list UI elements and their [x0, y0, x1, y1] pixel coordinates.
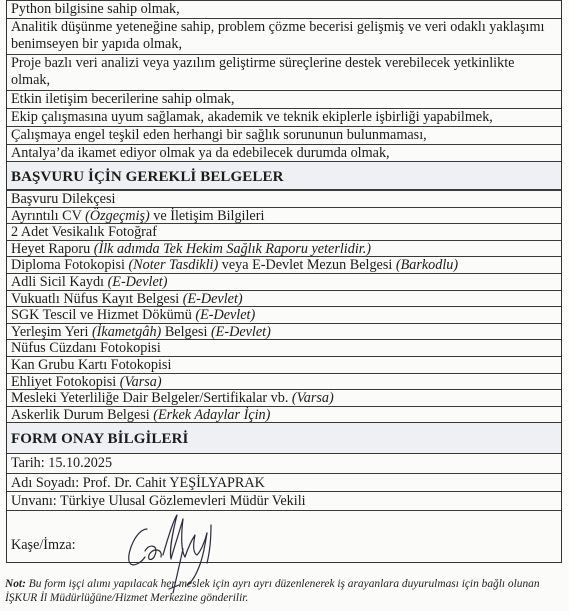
footer-note-label: Not: [5, 578, 26, 590]
approver-name: Adı Soyadı: Prof. Dr. Cahit YEŞİLYAPRAK [7, 473, 561, 492]
document-row: Ehliyet Fotokopisi (Varsa) [7, 373, 561, 390]
document-note: (E-Devlet) [195, 307, 255, 323]
approver-title: Unvanı: Türkiye Ulusal Gözlemevleri Müdü… [7, 491, 561, 510]
document-row: SGK Tescil ve Hizmet Dökümü (E-Devlet) [7, 306, 561, 323]
document-note: (Özgeçmiş) [85, 208, 150, 224]
document-row: Mesleki Yeterliliğe Dair Belgeler/Sertif… [7, 389, 561, 406]
document-note: (Erkek Adaylar İçin) [153, 407, 270, 423]
document-note: (Noter Tasdikli) [128, 257, 218, 273]
footer-note: Not: Bu form işçi alımı yapılacak her me… [5, 577, 565, 605]
document-row: Nüfus Cüzdanı Fotokopisi [7, 339, 561, 356]
document-note: (Barkodlu) [396, 257, 458, 273]
document-text: Nüfus Cüzdanı Fotokopisi [11, 340, 161, 356]
footer-note-text: Bu form işçi alımı yapılacak her meslek … [5, 578, 540, 604]
requirement-row: Etkin iletişim becerilerine sahip olmak, [7, 90, 561, 108]
document-text: Ehliyet Fotokopisi [11, 374, 120, 390]
document-text: Kan Grubu Kartı Fotokopisi [11, 357, 171, 373]
document-row: Diploma Fotokopisi (Noter Tasdikli) veya… [7, 256, 561, 273]
document-text: ve İletişim Bilgileri [150, 208, 265, 224]
document-text: SGK Tescil ve Hizmet Dökümü [11, 307, 195, 323]
document-note: (E-Devlet) [211, 324, 271, 340]
document-text: Belgesi [161, 324, 211, 340]
approval-date: Tarih: 15.10.2025 [7, 454, 561, 473]
required-documents-heading: BAŞVURU İÇİN GEREKLİ BELGELER [7, 161, 561, 190]
requirement-row: Analitik düşünme yeteneğine sahip, probl… [7, 18, 561, 54]
requirement-row: Çalışmaya engel teşkil eden herhangi bir… [7, 126, 561, 144]
document-text: 2 Adet Vesikalık Fotoğraf [11, 224, 157, 240]
document-text: veya E-Devlet Mezun Belgesi [218, 257, 396, 273]
document-row: Yerleşim Yeri (İkametgâh) Belgesi (E-Dev… [7, 323, 561, 340]
requirement-row: Ekip çalışmasına uyum sağlamak, akademik… [7, 108, 561, 126]
requirement-row: Proje bazlı veri analizi veya yazılım ge… [7, 54, 561, 90]
required-documents-list: Başvuru DilekçesiAyrıntılı CV (Özgeçmiş)… [7, 190, 561, 422]
document-text: Askerlik Durum Belgesi [11, 407, 153, 423]
requirement-row: Python bilgisine sahip olmak, [7, 0, 561, 18]
document-note: (İlk adımda Tek Hekim Sağlık Raporu yete… [94, 241, 371, 257]
document-row: 2 Adet Vesikalık Fotoğraf [7, 223, 561, 240]
document-row: Askerlik Durum Belgesi (Erkek Adaylar İç… [7, 406, 561, 423]
document-note: (İkametgâh) [92, 324, 161, 340]
document-row: Başvuru Dilekçesi [7, 190, 561, 207]
stamp-signature-label: Kaşe/İmza: [11, 537, 76, 554]
document-row: Ayrıntılı CV (Özgeçmiş) ve İletişim Bilg… [7, 207, 561, 224]
stamp-signature-row: Kaşe/İmza: [7, 510, 561, 562]
document-text: Diploma Fotokopisi [11, 257, 128, 273]
document-text: Heyet Raporu [11, 241, 94, 257]
document-note: (Varsa) [120, 374, 162, 390]
document-row: Heyet Raporu (İlk adımda Tek Hekim Sağlı… [7, 240, 561, 257]
document-text: Adli Sicil Kaydı [11, 274, 108, 290]
job-posting-form-table: Python bilgisine sahip olmak, Analitik d… [6, 0, 562, 563]
document-text: Ayrıntılı CV [11, 208, 85, 224]
document-note: (E-Devlet) [108, 274, 168, 290]
form-approval-heading: FORM ONAY BİLGİLERİ [7, 422, 561, 454]
document-text: Vukuatlı Nüfus Kayıt Belgesi [11, 291, 183, 307]
document-text: Yerleşim Yeri [11, 324, 92, 340]
document-row: Kan Grubu Kartı Fotokopisi [7, 356, 561, 373]
document-text: Başvuru Dilekçesi [11, 191, 115, 207]
document-row: Adli Sicil Kaydı (E-Devlet) [7, 273, 561, 290]
document-note: (Varsa) [292, 390, 334, 406]
requirement-row: Antalya’da ikamet ediyor olmak ya da ede… [7, 144, 561, 161]
document-text: Mesleki Yeterliliğe Dair Belgeler/Sertif… [11, 390, 292, 406]
document-note: (E-Devlet) [183, 291, 243, 307]
document-row: Vukuatlı Nüfus Kayıt Belgesi (E-Devlet) [7, 290, 561, 307]
